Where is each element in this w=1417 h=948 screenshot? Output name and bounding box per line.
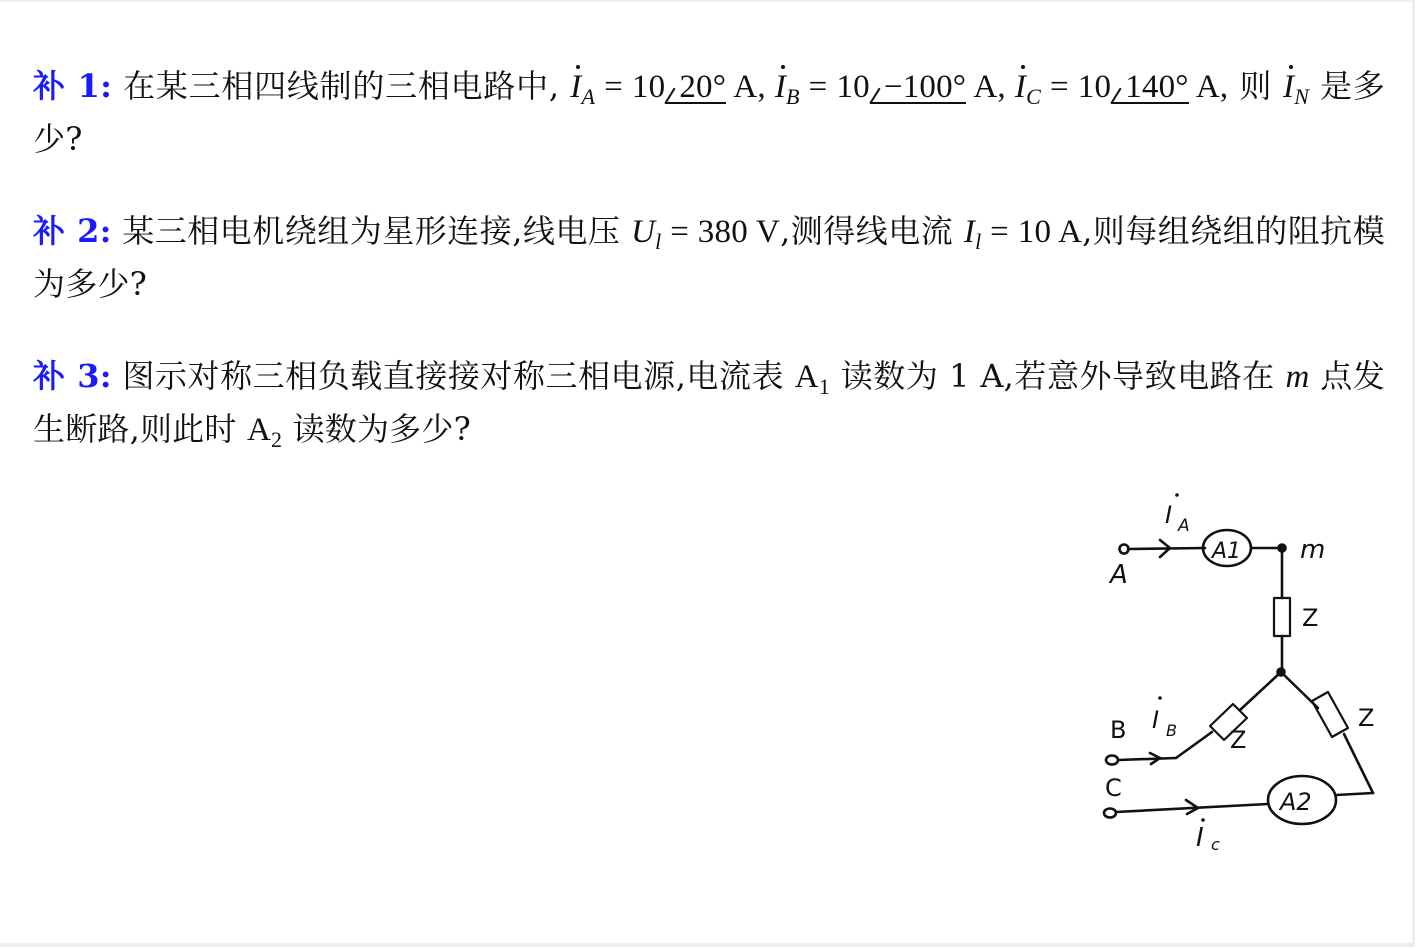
angle-symbol: 140° [1111, 72, 1189, 104]
svg-text:A: A [1177, 516, 1190, 536]
current-ia-label: I A [1165, 493, 1190, 536]
svg-text:Z: Z [1358, 704, 1374, 732]
svg-text:Z: Z [1302, 604, 1318, 632]
current-ia: IA = 1020° A, [570, 69, 775, 105]
impedance-z-a: Z [1274, 598, 1318, 636]
impedance-z-c: Z [1312, 692, 1374, 737]
ammeter-a2: A2 [1268, 776, 1336, 824]
current-ib-label: I B [1152, 696, 1177, 740]
current-in: IN [1283, 69, 1309, 105]
terminal-a: A [1108, 540, 1205, 590]
svg-text:I: I [1152, 706, 1159, 734]
svg-text:m: m [1300, 535, 1325, 565]
terminal-c: C [1104, 774, 1268, 818]
svg-text:c: c [1211, 835, 1220, 854]
problem-1: 补 1: 在某三相四线制的三相电路中, IA = 1020° A, IB = 1… [33, 60, 1385, 165]
svg-text:Z: Z [1230, 726, 1246, 754]
problem-label: 补 1: [33, 67, 112, 105]
angle-symbol: −100° [870, 72, 966, 104]
svg-text:A: A [1108, 560, 1128, 590]
circuit-diagram: A I A A1 m Z Z [1090, 480, 1390, 860]
problem-label: 补 3: [33, 357, 112, 395]
line-current: Il = 10 A [964, 214, 1082, 250]
ammeter-a1-ref: A1 [795, 359, 830, 395]
current-ic-label: I c [1196, 818, 1220, 854]
node-m: m [1279, 535, 1326, 565]
line-voltage: Ul = 380 V [631, 214, 780, 250]
current-ic: IC = 10140° A, [1015, 69, 1228, 105]
angle-symbol: 20° [665, 72, 726, 104]
ammeter-a1: A1 [1203, 530, 1251, 566]
problem-2: 补 2: 某三相电机绕组为星形连接,线电压 Ul = 380 V,测得线电流 I… [33, 205, 1385, 310]
svg-text:I: I [1196, 823, 1204, 853]
svg-text:C: C [1105, 774, 1122, 802]
ammeter-a2-ref: A2 [247, 412, 282, 448]
problem-3: 补 3: 图示对称三相负载直接接对称三相电源,电流表 A1 读数为 1 A,若意… [33, 350, 1385, 456]
svg-text:B: B [1166, 721, 1177, 740]
svg-text:A1: A1 [1210, 539, 1241, 564]
node-m-ref: m [1285, 359, 1309, 395]
current-ib: IB = 10−100° A, [775, 69, 1015, 105]
svg-text:A2: A2 [1278, 788, 1312, 816]
problem-label: 补 2: [33, 212, 112, 250]
svg-text:B: B [1110, 716, 1126, 744]
impedance-z-b: Z [1210, 704, 1247, 754]
svg-text:I: I [1165, 501, 1172, 529]
